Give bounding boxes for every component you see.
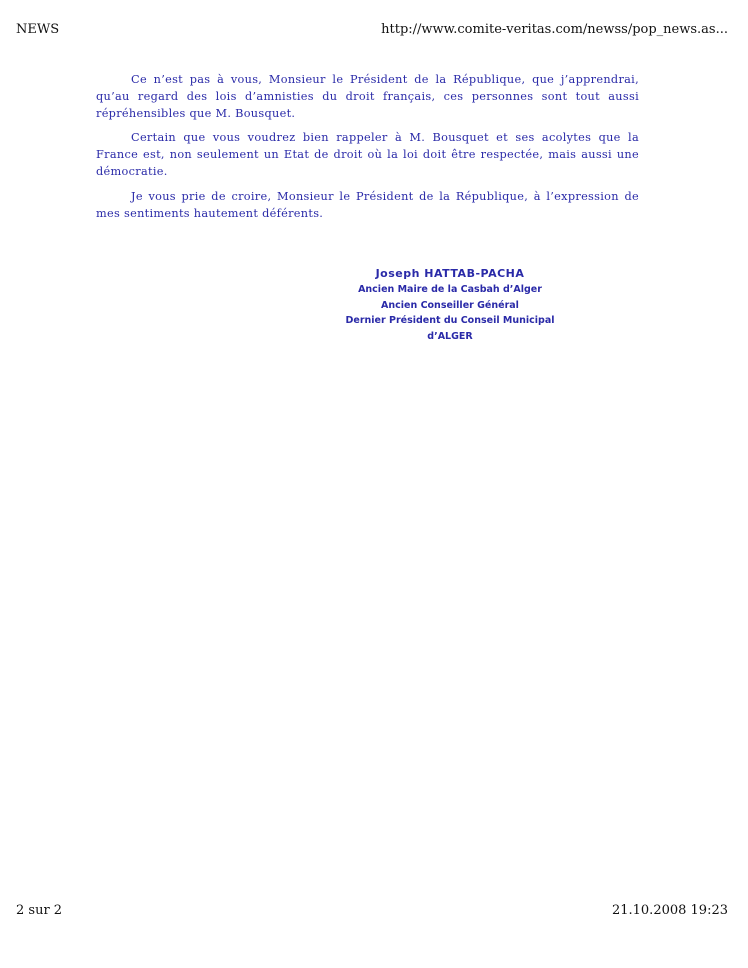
page-header-url: http://www.comite-veritas.com/newss/pop_… [381,22,728,37]
page-footer-timestamp: 21.10.2008 19:23 [612,903,728,918]
letter-paragraph-2: Certain que vous voudrez bien rappeler à… [96,129,639,180]
letter-paragraph-3: Je vous prie de croire, Monsieur le Prés… [96,188,639,222]
page-header-title: NEWS [16,22,59,37]
signatory-title-3: Dernier Président du Conseil Municipal [330,313,570,329]
paragraph-text: Certain que vous voudrez bien rappeler à… [96,129,639,180]
signature-block: Joseph HATTAB-PACHA Ancien Maire de la C… [330,266,570,344]
signatory-name: Joseph HATTAB-PACHA [330,266,570,282]
signatory-title-4: d’ALGER [330,329,570,345]
signatory-title-2: Ancien Conseiller Général [330,298,570,314]
paragraph-text: Je vous prie de croire, Monsieur le Prés… [96,188,639,222]
signatory-title-1: Ancien Maire de la Casbah d’Alger [330,282,570,298]
paragraph-text: Ce n’est pas à vous, Monsieur le Préside… [96,71,639,122]
letter-paragraph-1: Ce n’est pas à vous, Monsieur le Préside… [96,71,639,122]
page-footer-page-number: 2 sur 2 [16,903,62,918]
